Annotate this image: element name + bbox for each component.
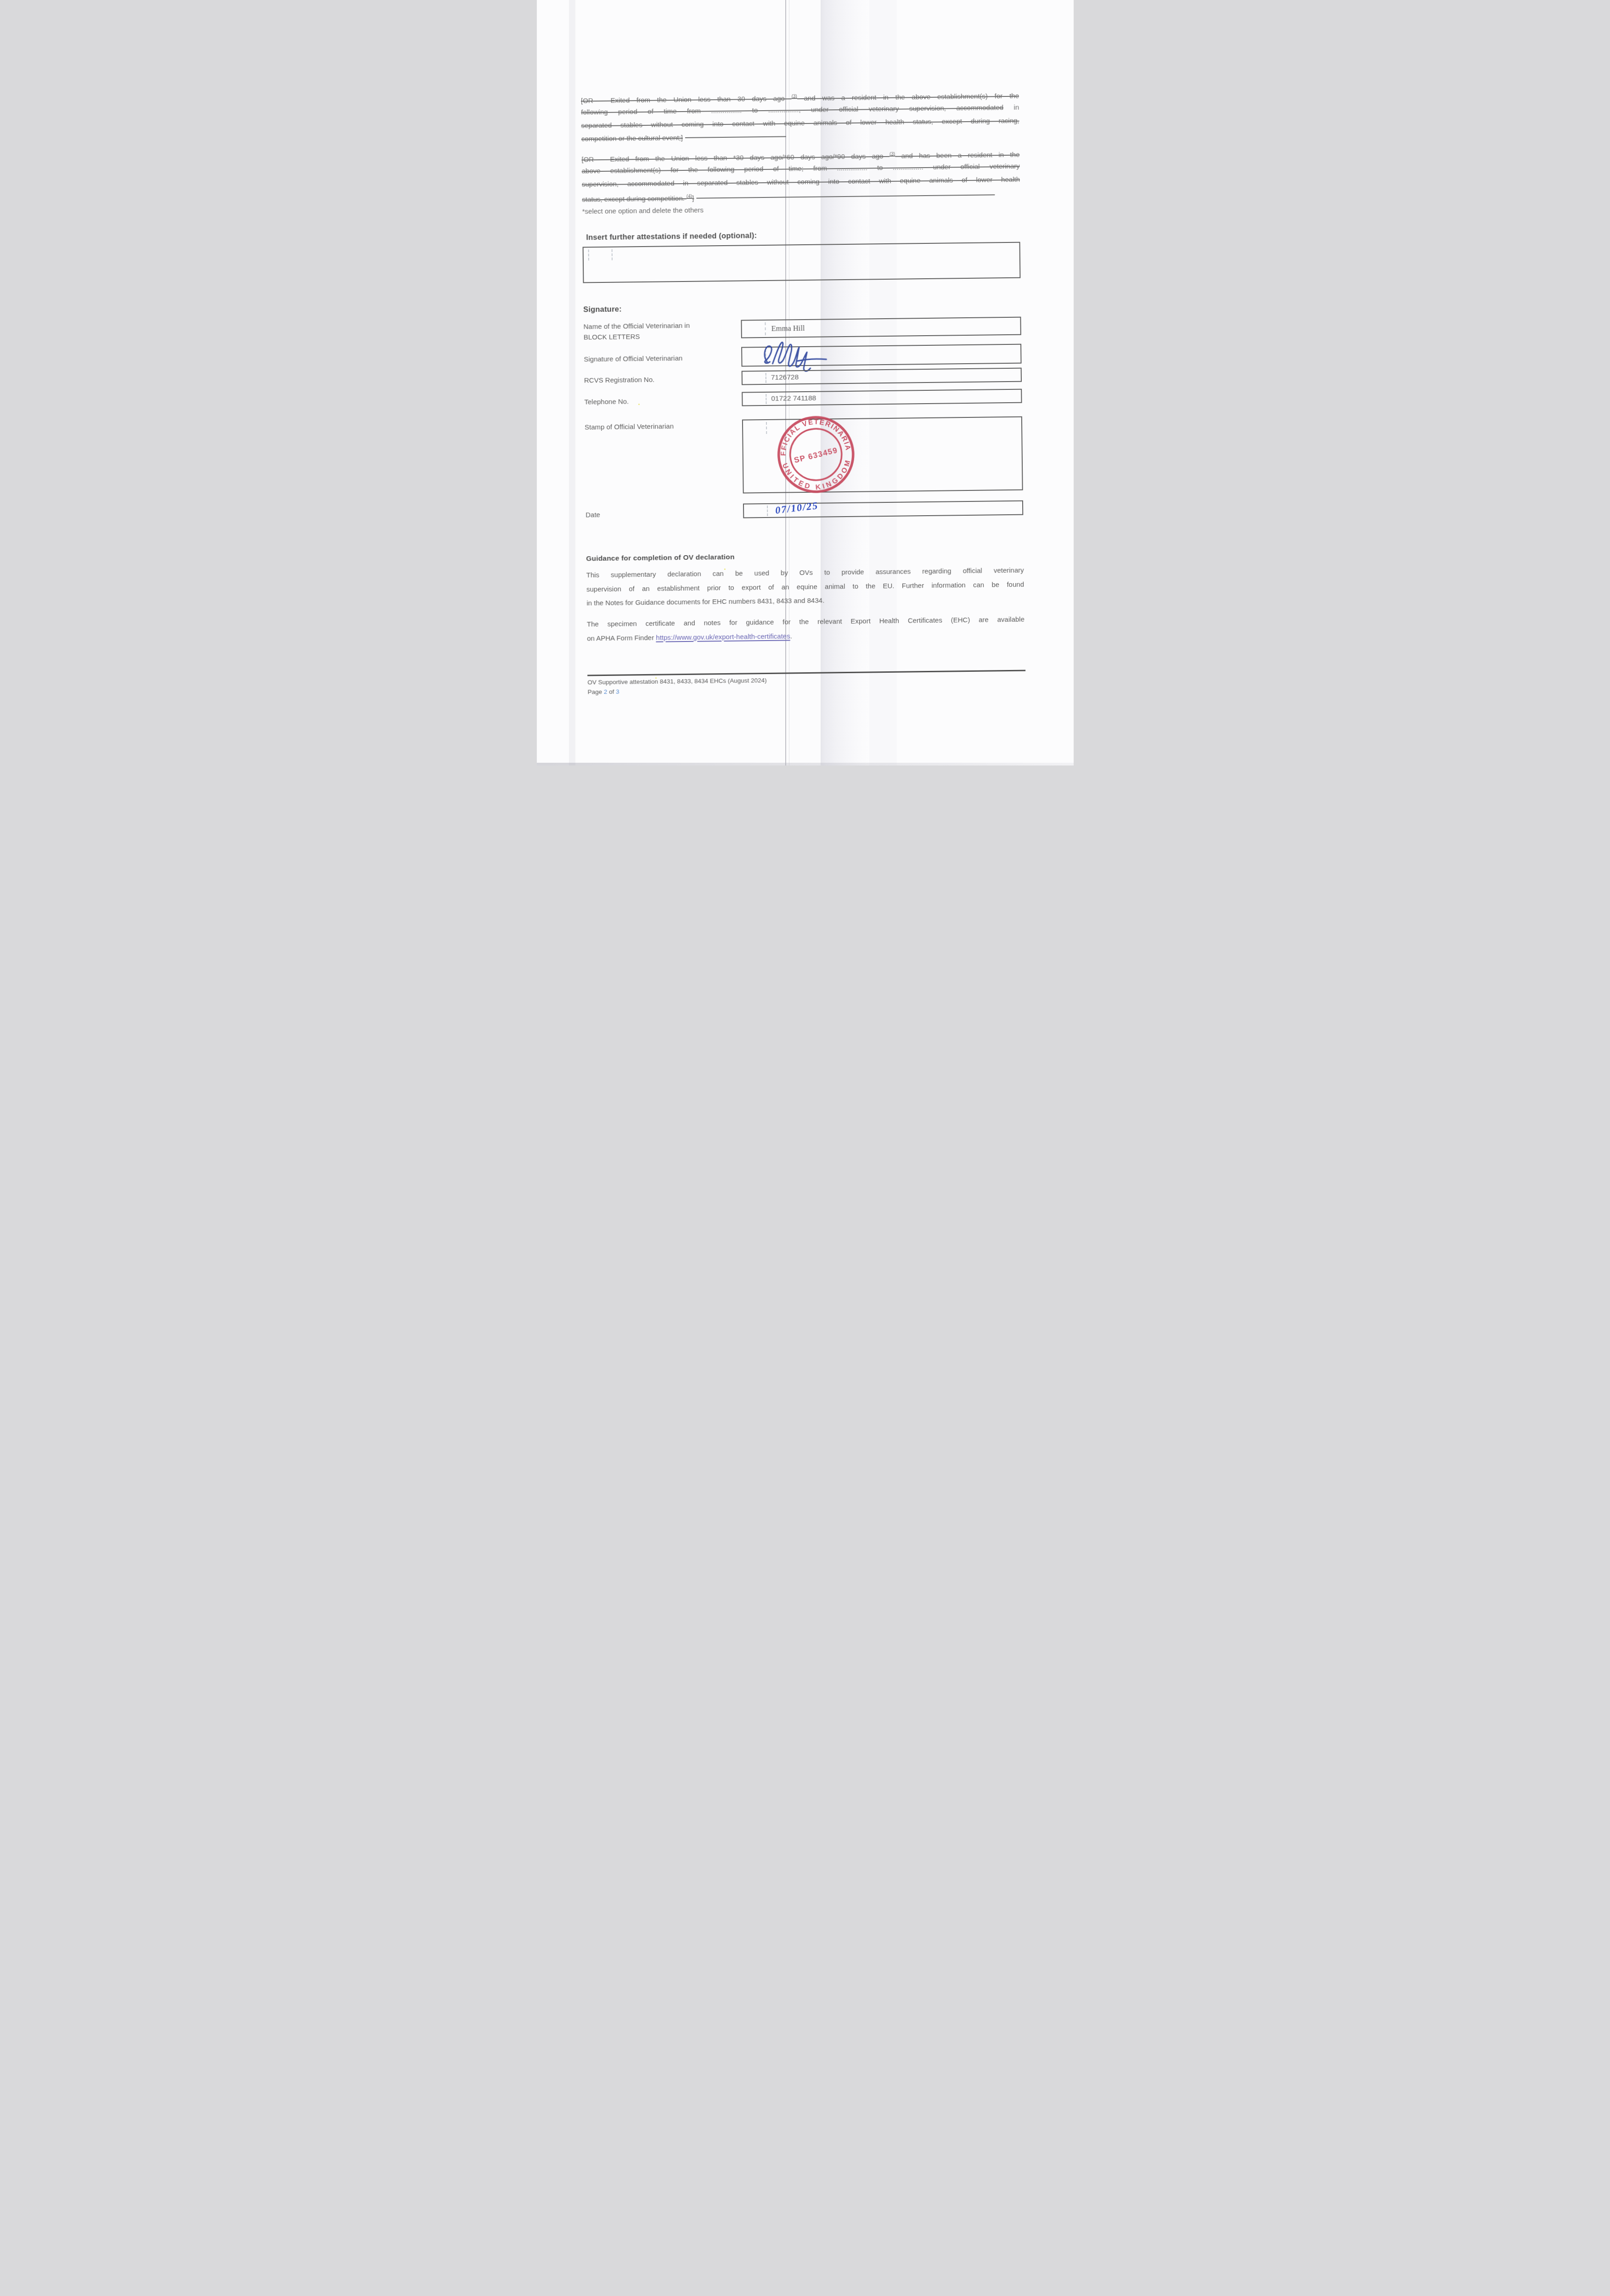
footer-page-number: Page 2 of 3	[587, 688, 619, 696]
stamp-top-text: OFFICIAL VETERINARIAN	[769, 407, 852, 458]
official-veterinarian-stamp: OFFICIAL VETERINARIAN UNITED KINGDOM SP …	[769, 407, 863, 501]
attestations-heading: Insert further attestations if needed (o…	[586, 231, 757, 242]
signature-label: Signature of Official Veterinarian	[584, 353, 682, 365]
signature-heading: Signature:	[583, 305, 622, 315]
date-label: Date	[585, 510, 600, 520]
svg-text:OFFICIAL VETERINARIAN: OFFICIAL VETERINARIAN	[769, 407, 852, 458]
attestations-input-box[interactable]	[582, 242, 1020, 283]
rcvs-label: RCVS Registration No.	[584, 375, 654, 386]
telephone-value: 01722 741188	[771, 394, 816, 403]
export-health-certificates-link[interactable]: https://www.gov.uk/export-health-certifi…	[656, 632, 790, 642]
cell-divider-mark	[765, 373, 766, 383]
name-value: Emma Hill	[771, 324, 805, 333]
struck-paragraph-2: [OR – Exited from the Union less than *3…	[581, 146, 1020, 205]
struck-paragraph-1: [OR – Exited from the Union less than 30…	[580, 88, 1019, 146]
guidance-heading: Guidance for completion of OV declaratio…	[586, 553, 735, 563]
footnote-ref-4: (4)	[686, 194, 692, 199]
footnote-ref-3: (3)	[791, 94, 797, 99]
scanned-document-page: [OR – Exited from the Union less than 30…	[537, 0, 1074, 765]
telephone-field[interactable]: 01722 741188	[742, 389, 1022, 406]
strike-tail	[685, 136, 786, 138]
select-option-note: *select one option and delete the others	[582, 206, 704, 215]
stamp-label: Stamp of Official Veterinarian	[584, 421, 673, 433]
footnote-ref-3: (3)	[889, 152, 895, 157]
footer-rule	[587, 670, 1025, 676]
cell-divider-mark	[611, 249, 612, 260]
rcvs-field[interactable]: 7126728	[741, 368, 1021, 385]
rcvs-value: 7126728	[771, 373, 799, 382]
cell-divider-mark	[766, 394, 766, 404]
name-label: Name of the Official Veterinarian in BLO…	[583, 320, 735, 343]
cell-divider-mark	[767, 506, 768, 516]
stamp-number: SP 633459	[793, 446, 839, 465]
guidance-paragraph-1: This supplementary declaration can be us…	[586, 564, 1024, 611]
guidance-paragraph-2: The specimen certificate and notes for g…	[586, 613, 1025, 646]
cell-divider-mark	[588, 249, 589, 260]
telephone-label: Telephone No.	[584, 396, 629, 407]
cell-divider-mark	[765, 322, 766, 335]
footer-title: OV Supportive attestation 8431, 8433, 84…	[587, 677, 766, 686]
strike-tail	[696, 194, 995, 198]
cell-divider-mark	[766, 422, 766, 434]
